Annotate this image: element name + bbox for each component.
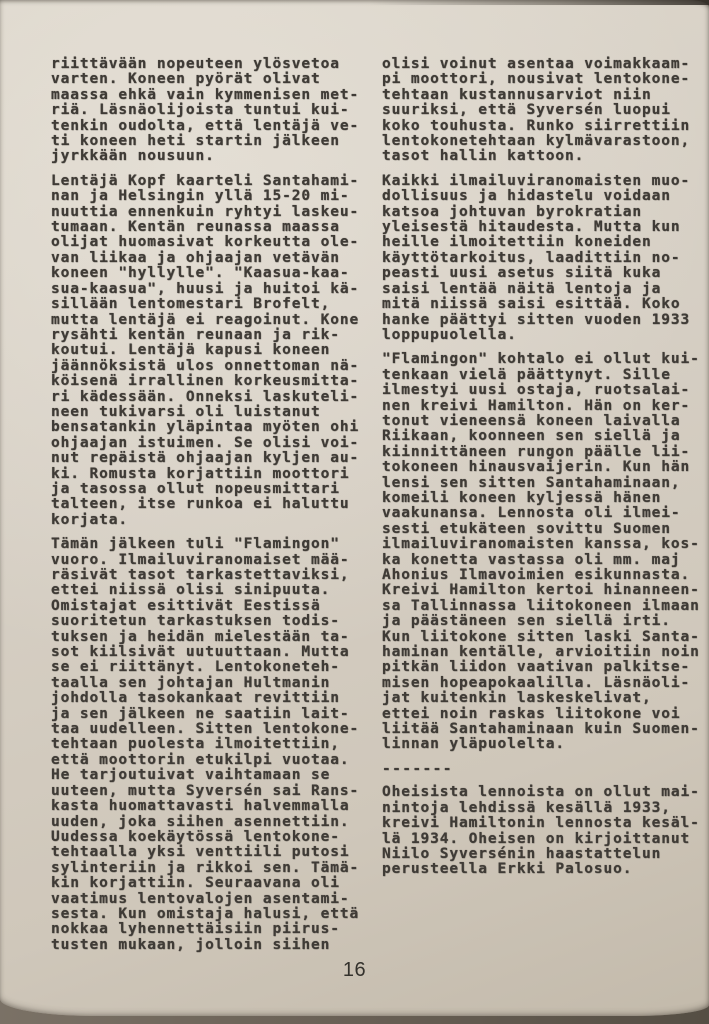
text-column-left: riittävään nopeuteen ylösvetoa varten. K… xyxy=(51,57,375,962)
page-number: 16 xyxy=(0,959,709,982)
photo-edge-shadow-top-right xyxy=(369,0,709,5)
separator-dashes: ------- xyxy=(382,762,709,777)
paragraph: olisi voinut asentaa voimakkaam- pi moot… xyxy=(382,57,709,165)
paragraph: Tämän jälkeen tuli "Flamingon" vuoro. Il… xyxy=(51,537,375,953)
text-column-right: olisi voinut asentaa voimakkaam- pi moot… xyxy=(382,57,709,887)
document-page: riittävään nopeuteen ylösvetoa varten. K… xyxy=(0,0,709,1016)
scanned-document-photo: riittävään nopeuteen ylösvetoa varten. K… xyxy=(0,0,709,1024)
paragraph: Kaikki ilmailuviranomaisten muo- dollisu… xyxy=(382,174,709,343)
paragraph: "Flamingon" kohtalo ei ollut kui- tenkaa… xyxy=(382,352,709,753)
paragraph: Lentäjä Kopf kaarteli Santahami- nan ja … xyxy=(51,174,375,528)
paragraph: riittävään nopeuteen ylösvetoa varten. K… xyxy=(51,57,375,165)
paragraph: Oheisista lennoista on ollut mai- nintoj… xyxy=(382,785,709,877)
